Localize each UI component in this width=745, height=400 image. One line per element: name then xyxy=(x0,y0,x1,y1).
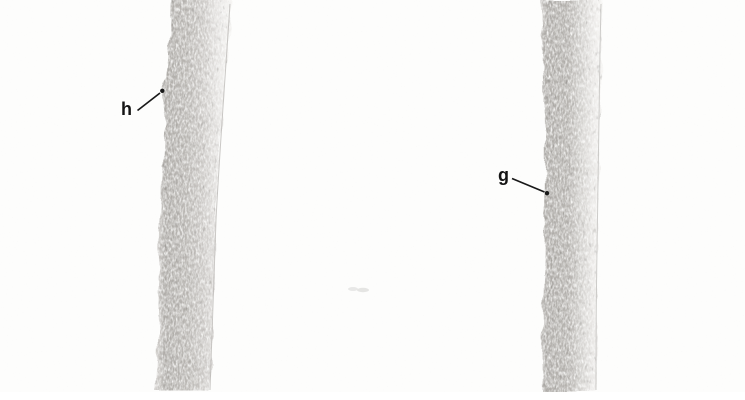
right-stem xyxy=(540,0,603,392)
paper-background xyxy=(0,0,745,400)
illustration-svg xyxy=(0,0,745,400)
annotation-label-g: g xyxy=(498,166,509,184)
g-marker-dot xyxy=(545,191,549,195)
bottom-white-strip xyxy=(0,392,745,400)
right-stem-body xyxy=(540,0,603,392)
figure-canvas: h g xyxy=(0,0,745,400)
annotation-label-h: h xyxy=(121,100,132,118)
h-marker-dot xyxy=(160,89,164,93)
